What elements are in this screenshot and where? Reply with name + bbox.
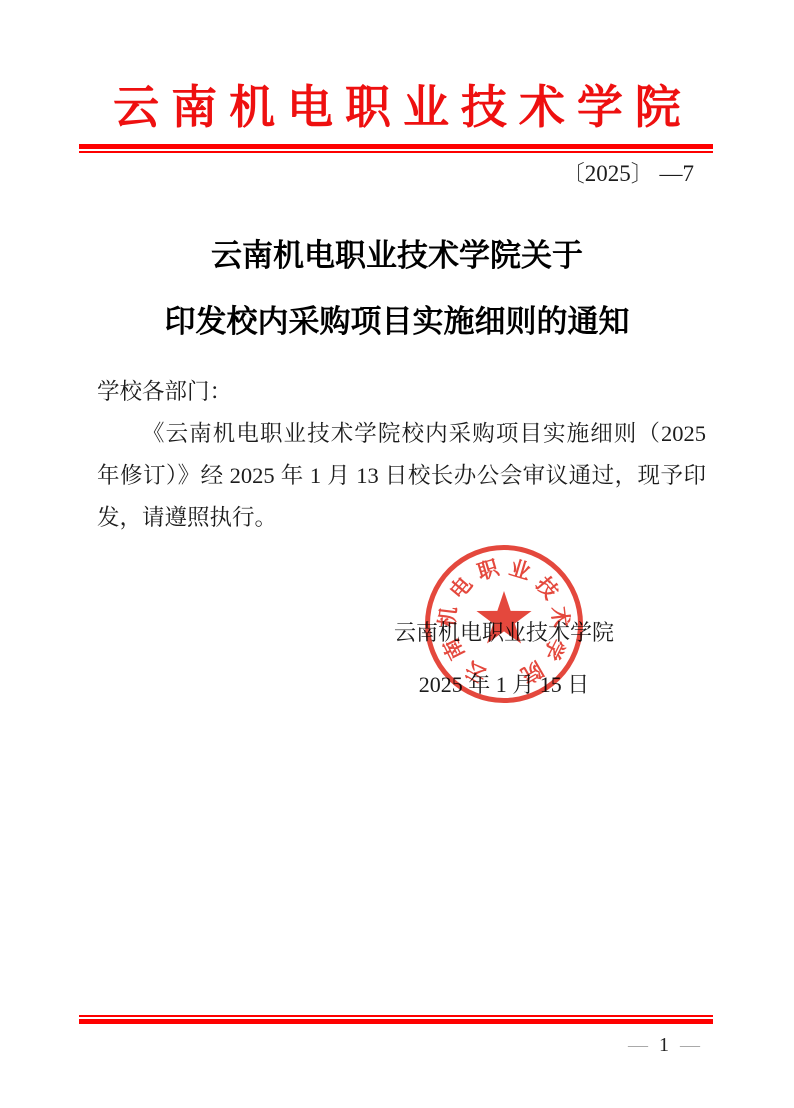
salutation: 学校各部门： [97, 371, 706, 413]
body-paragraph: 《云南机电职业技术学院校内采购项目实施细则（2025 年修订）》经 2025 年… [97, 413, 706, 539]
notice-title-line-2: 印发校内采购项目实施细则的通知 [0, 304, 794, 340]
seal-ring-char: 业 [505, 555, 535, 585]
notice-title-line-1: 云南机电职业技术学院关于 [0, 238, 794, 274]
page-number-dash-left: — [628, 1034, 648, 1056]
page-number-value: 1 [653, 1034, 675, 1056]
seal-ring-char: 技 [530, 571, 564, 605]
signature-block: 云南机电职业技术学院 2025 年 1 月 15 日 [304, 612, 704, 706]
document-number: 〔2025〕 —7 [562, 160, 694, 188]
document-page: 云南机电职业技术学院 〔2025〕 —7 云南机电职业技术学院关于 印发校内采购… [0, 0, 794, 1108]
footer-rule [79, 1015, 713, 1024]
letterhead-org-name: 云南机电职业技术学院 [0, 80, 794, 136]
issue-date: 2025 年 1 月 15 日 [304, 664, 704, 706]
notice-body: 学校各部门： 《云南机电职业技术学院校内采购项目实施细则（2025 年修订）》经… [97, 371, 706, 539]
seal-ring-char: 职 [473, 555, 503, 585]
seal-ring-char: 电 [444, 571, 478, 605]
footer-rule-thick-line [79, 1019, 713, 1024]
issuer-name: 云南机电职业技术学院 [304, 612, 704, 654]
letterhead-rule [79, 144, 713, 153]
page-number: — 1 — [628, 1033, 700, 1057]
page-number-dash-right: — [680, 1034, 700, 1056]
notice-title: 云南机电职业技术学院关于 印发校内采购项目实施细则的通知 [0, 238, 794, 340]
letterhead-rule-thin-line [79, 151, 713, 153]
